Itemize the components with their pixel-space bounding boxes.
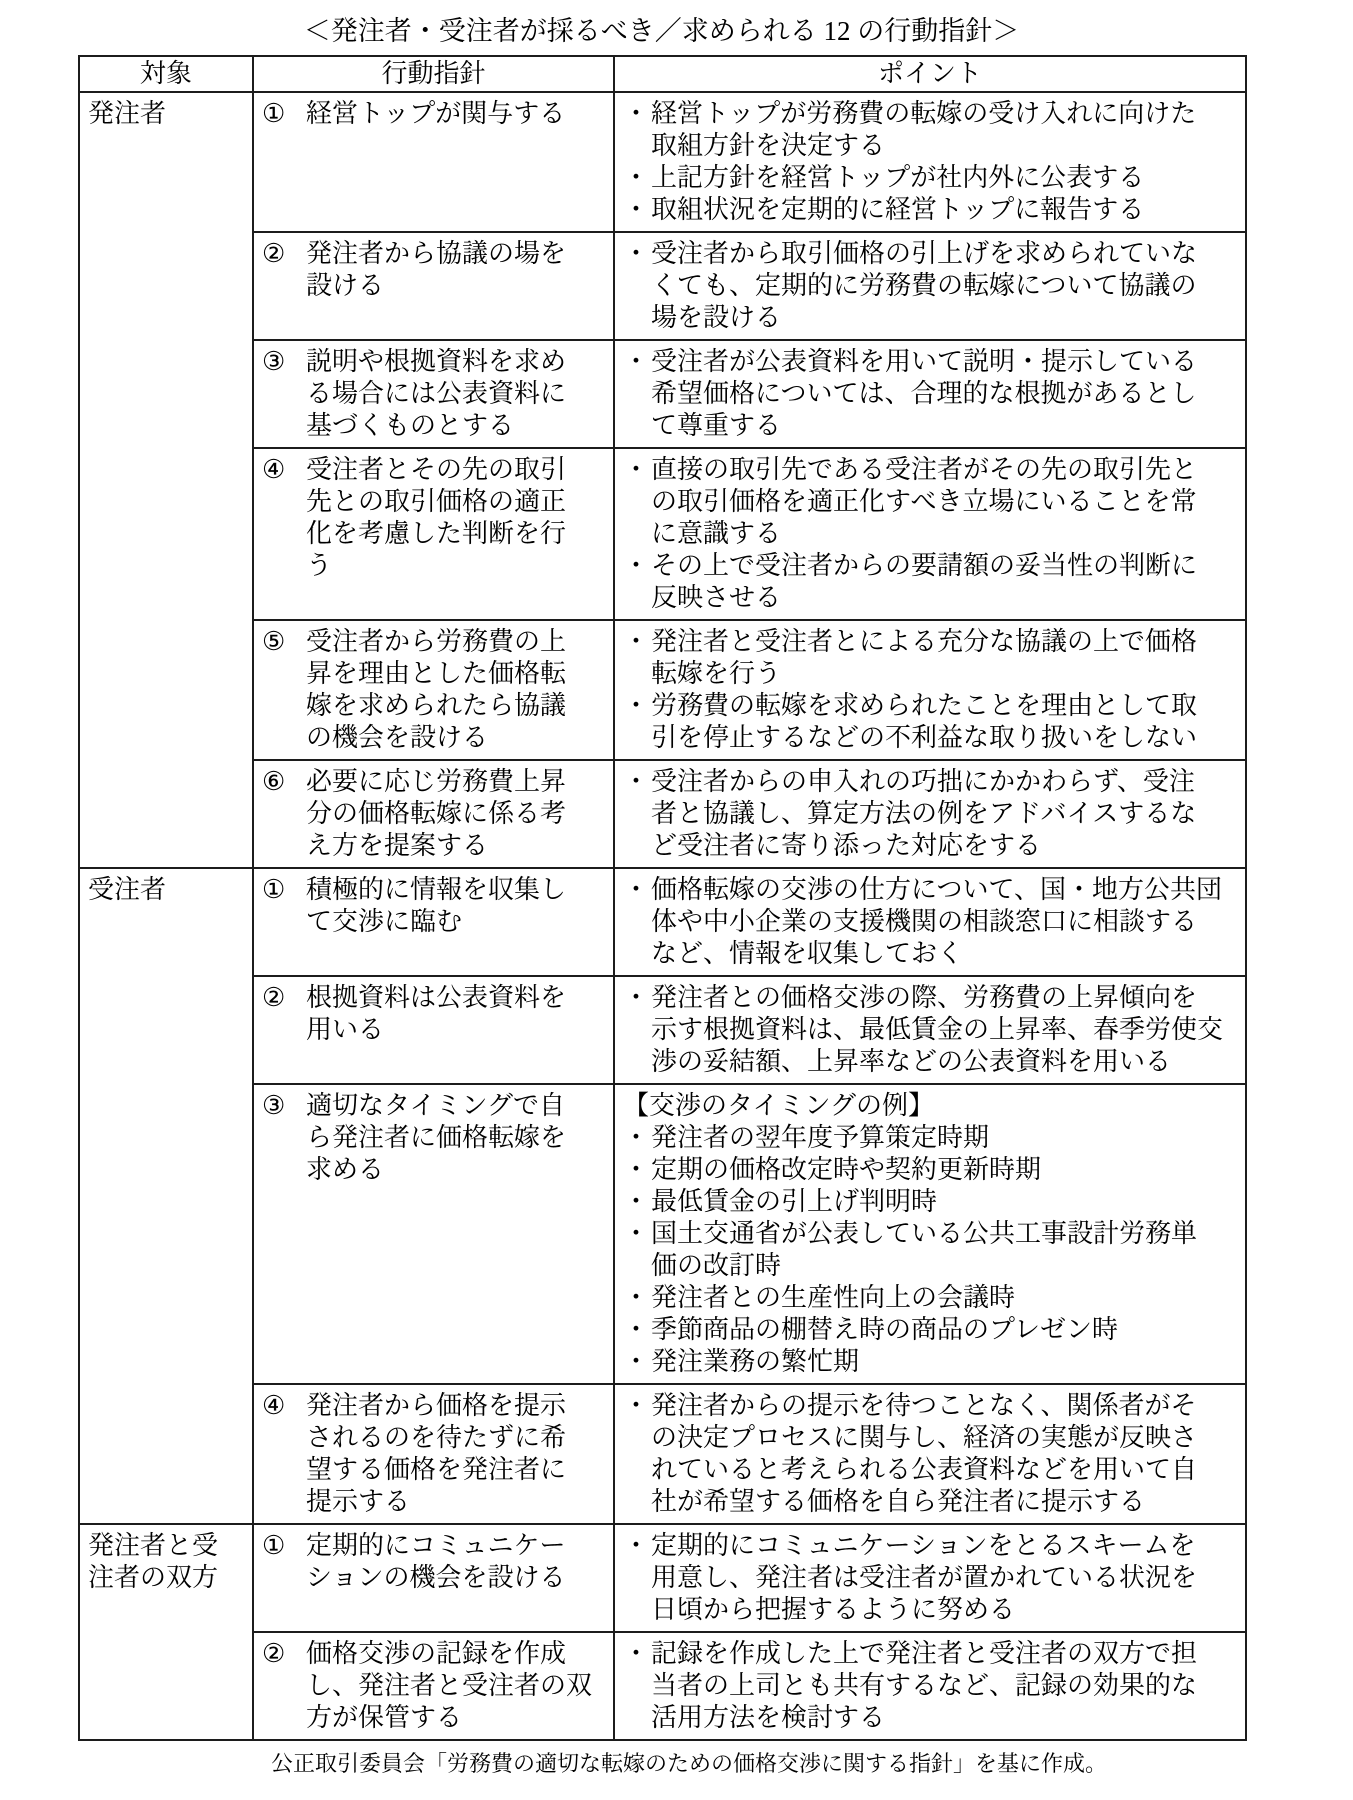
point-bullet: ・: [623, 98, 651, 162]
guideline-text: 受注者とその先の取引 先との取引価格の適正 化を考慮した判断を行 う: [306, 454, 609, 582]
guideline-item: ②根拠資料は公表資料を 用いる: [262, 982, 609, 1046]
guideline-number: ③: [262, 346, 306, 378]
point-text: 発注者と受注者とによる充分な協議の上で価格 転嫁を行う: [651, 626, 1241, 690]
table-row: ③説明や根拠資料を求め る場合には公表資料に 基づくものとする・受注者が公表資料…: [79, 340, 1246, 448]
points-cell: ・記録を作成した上で発注者と受注者の双方で担 当者の上司とも共有するなど、記録の…: [614, 1632, 1246, 1740]
point-item: ・記録を作成した上で発注者と受注者の双方で担 当者の上司とも共有するなど、記録の…: [623, 1638, 1241, 1734]
point-item: ・定期的にコミュニケーションをとるスキームを 用意し、発注者は受注者が置かれてい…: [623, 1530, 1241, 1626]
points-cell: ・受注者が公表資料を用いて説明・提示している 希望価格については、合理的な根拠が…: [614, 340, 1246, 448]
point-text: 労務費の転嫁を求められたことを理由として取 引を停止するなどの不利益な取り扱いを…: [651, 690, 1241, 754]
point-item: ・発注者との生産性向上の会議時: [623, 1282, 1241, 1314]
table-row: ⑥必要に応じ労務費上昇 分の価格転嫁に係る考 え方を提案する・受注者からの申入れ…: [79, 760, 1246, 868]
guideline-item: ③説明や根拠資料を求め る場合には公表資料に 基づくものとする: [262, 346, 609, 442]
guideline-cell: ①経営トップが関与する: [253, 92, 614, 232]
guideline-number: ①: [262, 98, 306, 130]
point-bullet: ・: [623, 1218, 651, 1282]
point-text: 経営トップが労務費の転嫁の受け入れに向けた 取組方針を決定する: [651, 98, 1241, 162]
guideline-number: ①: [262, 1530, 306, 1562]
table-row: ④受注者とその先の取引 先との取引価格の適正 化を考慮した判断を行 う・直接の取…: [79, 448, 1246, 620]
point-bullet: ・: [623, 194, 651, 226]
table-row: ②価格交渉の記録を作成 し、発注者と受注者の双 方が保管する・記録を作成した上で…: [79, 1632, 1246, 1740]
point-item: ・受注者から取引価格の引上げを求められていな くても、定期的に労務費の転嫁につい…: [623, 238, 1241, 334]
guideline-text: 経営トップが関与する: [306, 98, 609, 130]
header-row: 対象 行動指針 ポイント: [79, 56, 1246, 92]
point-text: 上記方針を経営トップが社内外に公表する: [651, 162, 1241, 194]
guideline-cell: ①積極的に情報を収集し て交渉に臨む: [253, 868, 614, 976]
points-cell: ・受注者から取引価格の引上げを求められていな くても、定期的に労務費の転嫁につい…: [614, 232, 1246, 340]
point-text: 季節商品の棚替え時の商品のプレゼン時: [651, 1314, 1241, 1346]
point-bullet: ・: [623, 162, 651, 194]
point-text: 発注業務の繁忙期: [651, 1346, 1241, 1378]
point-text: 取組状況を定期的に経営トップに報告する: [651, 194, 1241, 226]
guideline-number: ⑥: [262, 766, 306, 798]
points-cell: ・発注者との価格交渉の際、労務費の上昇傾向を 示す根拠資料は、最低賃金の上昇率、…: [614, 976, 1246, 1084]
point-item: ・定期の価格改定時や契約更新時期: [623, 1154, 1241, 1186]
points-cell: ・経営トップが労務費の転嫁の受け入れに向けた 取組方針を決定する・上記方針を経営…: [614, 92, 1246, 232]
point-bullet: ・: [623, 1390, 651, 1518]
table-row: ③適切なタイミングで自 ら発注者に価格転嫁を 求める【交渉のタイミングの例】・発…: [79, 1084, 1246, 1384]
point-item: ・受注者からの申入れの巧拙にかかわらず、受注 者と協議し、算定方法の例をアドバイ…: [623, 766, 1241, 862]
target-cell: 発注者と受 注者の双方: [79, 1524, 253, 1740]
point-item: ・発注者からの提示を待つことなく、関係者がそ の決定プロセスに関与し、経済の実態…: [623, 1390, 1241, 1518]
point-bullet: ・: [623, 1638, 651, 1734]
table-row: 受注者①積極的に情報を収集し て交渉に臨む・価格転嫁の交渉の仕方について、国・地…: [79, 868, 1246, 976]
point-text: 受注者からの申入れの巧拙にかかわらず、受注 者と協議し、算定方法の例をアドバイス…: [651, 766, 1241, 862]
point-text: 定期的にコミュニケーションをとるスキームを 用意し、発注者は受注者が置かれている…: [651, 1530, 1241, 1626]
guideline-text: 積極的に情報を収集し て交渉に臨む: [306, 874, 609, 938]
point-item: ・季節商品の棚替え時の商品のプレゼン時: [623, 1314, 1241, 1346]
table-row: ⑤受注者から労務費の上 昇を理由とした価格転 嫁を求められたら協議 の機会を設け…: [79, 620, 1246, 760]
points-cell: 【交渉のタイミングの例】・発注者の翌年度予算策定時期・定期の価格改定時や契約更新…: [614, 1084, 1246, 1384]
guideline-cell: ②根拠資料は公表資料を 用いる: [253, 976, 614, 1084]
point-bullet: ・: [623, 550, 651, 614]
point-bullet: ・: [623, 1154, 651, 1186]
guideline-text: 適切なタイミングで自 ら発注者に価格転嫁を 求める: [306, 1090, 609, 1186]
point-item: ・取組状況を定期的に経営トップに報告する: [623, 194, 1241, 226]
guideline-item: ④受注者とその先の取引 先との取引価格の適正 化を考慮した判断を行 う: [262, 454, 609, 582]
point-bullet: ・: [623, 690, 651, 754]
table-row: 発注者と受 注者の双方①定期的にコミュニケー ションの機会を設ける・定期的にコミ…: [79, 1524, 1246, 1632]
point-text: 受注者が公表資料を用いて説明・提示している 希望価格については、合理的な根拠があ…: [651, 346, 1241, 442]
points-cell: ・発注者と受注者とによる充分な協議の上で価格 転嫁を行う・労務費の転嫁を求められ…: [614, 620, 1246, 760]
point-item: ・上記方針を経営トップが社内外に公表する: [623, 162, 1241, 194]
point-item: ・受注者が公表資料を用いて説明・提示している 希望価格については、合理的な根拠が…: [623, 346, 1241, 442]
guideline-item: ①経営トップが関与する: [262, 98, 609, 130]
point-bullet: ・: [623, 1122, 651, 1154]
point-text: 発注者との生産性向上の会議時: [651, 1282, 1241, 1314]
point-bullet: ・: [623, 1346, 651, 1378]
point-bullet: ・: [623, 346, 651, 442]
guideline-text: 根拠資料は公表資料を 用いる: [306, 982, 609, 1046]
point-text: 発注者との価格交渉の際、労務費の上昇傾向を 示す根拠資料は、最低賃金の上昇率、春…: [651, 982, 1241, 1078]
guideline-item: ⑤受注者から労務費の上 昇を理由とした価格転 嫁を求められたら協議 の機会を設け…: [262, 626, 609, 754]
target-cell: 受注者: [79, 868, 253, 1524]
guideline-item: ②価格交渉の記録を作成 し、発注者と受注者の双 方が保管する: [262, 1638, 609, 1734]
point-bullet: ・: [623, 766, 651, 862]
point-bullet: ・: [623, 238, 651, 334]
guideline-text: 発注者から価格を提示 されるのを待たずに希 望する価格を発注者に 提示する: [306, 1390, 609, 1518]
col-header-guideline: 行動指針: [253, 56, 614, 92]
point-bullet: ・: [623, 1186, 651, 1218]
point-item: ・経営トップが労務費の転嫁の受け入れに向けた 取組方針を決定する: [623, 98, 1241, 162]
point-text: 発注者からの提示を待つことなく、関係者がそ の決定プロセスに関与し、経済の実態が…: [651, 1390, 1241, 1518]
point-item: ・価格転嫁の交渉の仕方について、国・地方公共団 体や中小企業の支援機関の相談窓口…: [623, 874, 1241, 970]
guideline-item: ①定期的にコミュニケー ションの機会を設ける: [262, 1530, 609, 1594]
guideline-text: 価格交渉の記録を作成 し、発注者と受注者の双 方が保管する: [306, 1638, 609, 1734]
guideline-number: ②: [262, 238, 306, 270]
guideline-cell: ③説明や根拠資料を求め る場合には公表資料に 基づくものとする: [253, 340, 614, 448]
guideline-item: ②発注者から協議の場を 設ける: [262, 238, 609, 302]
table-row: ④発注者から価格を提示 されるのを待たずに希 望する価格を発注者に 提示する・発…: [79, 1384, 1246, 1524]
point-text: 記録を作成した上で発注者と受注者の双方で担 当者の上司とも共有するなど、記録の効…: [651, 1638, 1241, 1734]
point-bullet: ・: [623, 454, 651, 550]
guideline-number: ④: [262, 454, 306, 486]
guideline-number: ②: [262, 982, 306, 1014]
guideline-cell: ⑥必要に応じ労務費上昇 分の価格転嫁に係る考 え方を提案する: [253, 760, 614, 868]
guideline-text: 定期的にコミュニケー ションの機会を設ける: [306, 1530, 609, 1594]
guideline-number: ③: [262, 1090, 306, 1122]
table-row: ②根拠資料は公表資料を 用いる・発注者との価格交渉の際、労務費の上昇傾向を 示す…: [79, 976, 1246, 1084]
points-cell: ・受注者からの申入れの巧拙にかかわらず、受注 者と協議し、算定方法の例をアドバイ…: [614, 760, 1246, 868]
point-bullet: ・: [623, 982, 651, 1078]
point-text: 定期の価格改定時や契約更新時期: [651, 1154, 1241, 1186]
guideline-cell: ④受注者とその先の取引 先との取引価格の適正 化を考慮した判断を行 う: [253, 448, 614, 620]
points-cell: ・直接の取引先である受注者がその先の取引先と の取引価格を適正化すべき立場にいる…: [614, 448, 1246, 620]
point-bullet: ・: [623, 1530, 651, 1626]
point-bullet: ・: [623, 1314, 651, 1346]
target-cell: 発注者: [79, 92, 253, 868]
point-text: 発注者の翌年度予算策定時期: [651, 1122, 1241, 1154]
point-text: 最低賃金の引上げ判明時: [651, 1186, 1241, 1218]
guideline-number: ④: [262, 1390, 306, 1422]
point-text: 国土交通省が公表している公共工事設計労務単 価の改訂時: [651, 1218, 1241, 1282]
guideline-text: 発注者から協議の場を 設ける: [306, 238, 609, 302]
point-item: ・発注者の翌年度予算策定時期: [623, 1122, 1241, 1154]
guideline-text: 受注者から労務費の上 昇を理由とした価格転 嫁を求められたら協議 の機会を設ける: [306, 626, 609, 754]
guideline-item: ①積極的に情報を収集し て交渉に臨む: [262, 874, 609, 938]
guideline-item: ④発注者から価格を提示 されるのを待たずに希 望する価格を発注者に 提示する: [262, 1390, 609, 1518]
guideline-number: ②: [262, 1638, 306, 1670]
point-text: 直接の取引先である受注者がその先の取引先と の取引価格を適正化すべき立場にいるこ…: [651, 454, 1241, 550]
point-item: ・発注者との価格交渉の際、労務費の上昇傾向を 示す根拠資料は、最低賃金の上昇率、…: [623, 982, 1241, 1078]
guideline-number: ①: [262, 874, 306, 906]
point-text: 受注者から取引価格の引上げを求められていな くても、定期的に労務費の転嫁について…: [651, 238, 1241, 334]
guideline-item: ⑥必要に応じ労務費上昇 分の価格転嫁に係る考 え方を提案する: [262, 766, 609, 862]
guideline-cell: ③適切なタイミングで自 ら発注者に価格転嫁を 求める: [253, 1084, 614, 1384]
page-title: ＜発注者・受注者が採るべき／求められる 12 の行動指針＞: [78, 12, 1245, 50]
points-cell: ・定期的にコミュニケーションをとるスキームを 用意し、発注者は受注者が置かれてい…: [614, 1524, 1246, 1632]
point-bullet: ・: [623, 626, 651, 690]
col-header-points: ポイント: [614, 56, 1246, 92]
guideline-cell: ②価格交渉の記録を作成 し、発注者と受注者の双 方が保管する: [253, 1632, 614, 1740]
point-bullet: ・: [623, 1282, 651, 1314]
point-item: ・最低賃金の引上げ判明時: [623, 1186, 1241, 1218]
points-cell: ・発注者からの提示を待つことなく、関係者がそ の決定プロセスに関与し、経済の実態…: [614, 1384, 1246, 1524]
document-page: ＜発注者・受注者が採るべき／求められる 12 の行動指針＞ 対象 行動指針 ポイ…: [0, 0, 1245, 1779]
point-item: ・直接の取引先である受注者がその先の取引先と の取引価格を適正化すべき立場にいる…: [623, 454, 1241, 550]
point-text: その上で受注者からの要請額の妥当性の判断に 反映させる: [651, 550, 1241, 614]
table-row: 発注者①経営トップが関与する・経営トップが労務費の転嫁の受け入れに向けた 取組方…: [79, 92, 1246, 232]
point-text: 価格転嫁の交渉の仕方について、国・地方公共団 体や中小企業の支援機関の相談窓口に…: [651, 874, 1241, 970]
point-item: ・発注者と受注者とによる充分な協議の上で価格 転嫁を行う: [623, 626, 1241, 690]
guideline-cell: ④発注者から価格を提示 されるのを待たずに希 望する価格を発注者に 提示する: [253, 1384, 614, 1524]
guidelines-table: 対象 行動指針 ポイント 発注者①経営トップが関与する・経営トップが労務費の転嫁…: [78, 55, 1247, 1741]
source-note: 公正取引委員会「労務費の適切な転嫁のための価格交渉に関する指針」を基に作成。: [78, 1749, 1245, 1779]
point-item: ・労務費の転嫁を求められたことを理由として取 引を停止するなどの不利益な取り扱い…: [623, 690, 1241, 754]
points-cell: ・価格転嫁の交渉の仕方について、国・地方公共団 体や中小企業の支援機関の相談窓口…: [614, 868, 1246, 976]
table-row: ②発注者から協議の場を 設ける・受注者から取引価格の引上げを求められていな くて…: [79, 232, 1246, 340]
point-item: ・その上で受注者からの要請額の妥当性の判断に 反映させる: [623, 550, 1241, 614]
guideline-item: ③適切なタイミングで自 ら発注者に価格転嫁を 求める: [262, 1090, 609, 1186]
guideline-text: 必要に応じ労務費上昇 分の価格転嫁に係る考 え方を提案する: [306, 766, 609, 862]
point-item: ・国土交通省が公表している公共工事設計労務単 価の改訂時: [623, 1218, 1241, 1282]
point-item: 【交渉のタイミングの例】: [623, 1090, 1241, 1122]
guideline-number: ⑤: [262, 626, 306, 658]
col-header-target: 対象: [79, 56, 253, 92]
guideline-cell: ⑤受注者から労務費の上 昇を理由とした価格転 嫁を求められたら協議 の機会を設け…: [253, 620, 614, 760]
point-bullet: ・: [623, 874, 651, 970]
guideline-cell: ①定期的にコミュニケー ションの機会を設ける: [253, 1524, 614, 1632]
point-item: ・発注業務の繁忙期: [623, 1346, 1241, 1378]
guideline-text: 説明や根拠資料を求め る場合には公表資料に 基づくものとする: [306, 346, 609, 442]
guideline-cell: ②発注者から協議の場を 設ける: [253, 232, 614, 340]
point-text: 【交渉のタイミングの例】: [623, 1090, 1241, 1122]
